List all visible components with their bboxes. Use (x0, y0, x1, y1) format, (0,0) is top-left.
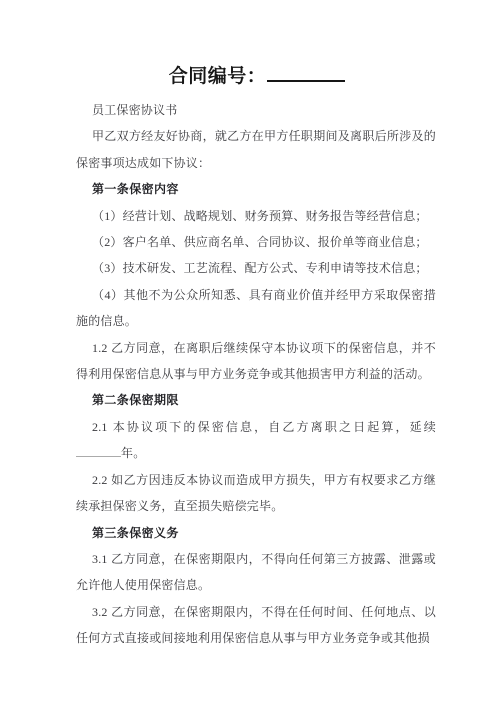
document-body: 员工保密协议书 甲乙双方经友好协商，就乙方在甲方任职期间及离职后所涉及的保密事项… (76, 97, 436, 652)
heading-article-1-confidential-content: 第一条保密内容 (76, 176, 436, 202)
contract-number-title: 合同编号： (0, 0, 500, 90)
clause-2-2: 2.2 如乙方因违反本协议而造成甲方损失，甲方有权要求乙方继续承担保密义务，直至… (76, 467, 436, 520)
clause-item-2-commercial-info: （2）客户名单、供应商名单、合同协议、报价单等商业信息； (76, 229, 436, 255)
clause-3-2-truncated: 3.2 乙方同意，在保密期限内，不得在任何时间、任何地点、以任何方式直接或间接地… (76, 599, 436, 652)
clause-item-1-business-info: （1）经营计划、战略规划、财务预算、财务报告等经营信息； (76, 203, 436, 229)
clause-3-1: 3.1 乙方同意，在保密期限内，不得向任何第三方披露、泄露或允许他人使用保密信息… (76, 546, 436, 599)
contract-number-label: 合同编号： (169, 66, 267, 87)
clause-item-4-other-info: （4）其他不为公众所知悉、具有商业价值并经甲方采取保密措施的信息。 (76, 282, 436, 335)
heading-article-3-confidentiality-obligations: 第三条保密义务 (76, 520, 436, 546)
contract-document-page: 合同编号： 员工保密协议书 甲乙双方经友好协商，就乙方在甲方任职期间及离职后所涉… (0, 0, 500, 707)
intro-paragraph: 甲乙双方经友好协商，就乙方在甲方任职期间及离职后所涉及的保密事项达成如下协议： (76, 123, 436, 176)
clause-item-3-technical-info: （3）技术研发、工艺流程、配方公式、专利申请等技术信息； (76, 255, 436, 281)
heading-article-2-confidentiality-period: 第二条保密期限 (76, 387, 436, 413)
clause-2-1-text-before-blank: 2.1 本协议项下的保密信息，自乙方离职之日起算，延续 (92, 420, 436, 434)
clause-2-1-text-after-blank: 年。 (121, 446, 145, 460)
contract-number-blank-line (267, 67, 345, 82)
clause-1-2: 1.2 乙方同意，在离职后继续保守本协议项下的保密信息，并不得利用保密信息从事与… (76, 335, 436, 388)
duration-years-blank-line (76, 444, 121, 457)
document-title: 员工保密协议书 (76, 97, 436, 123)
clause-2-1: 2.1 本协议项下的保密信息，自乙方离职之日起算，延续年。 (76, 414, 436, 467)
